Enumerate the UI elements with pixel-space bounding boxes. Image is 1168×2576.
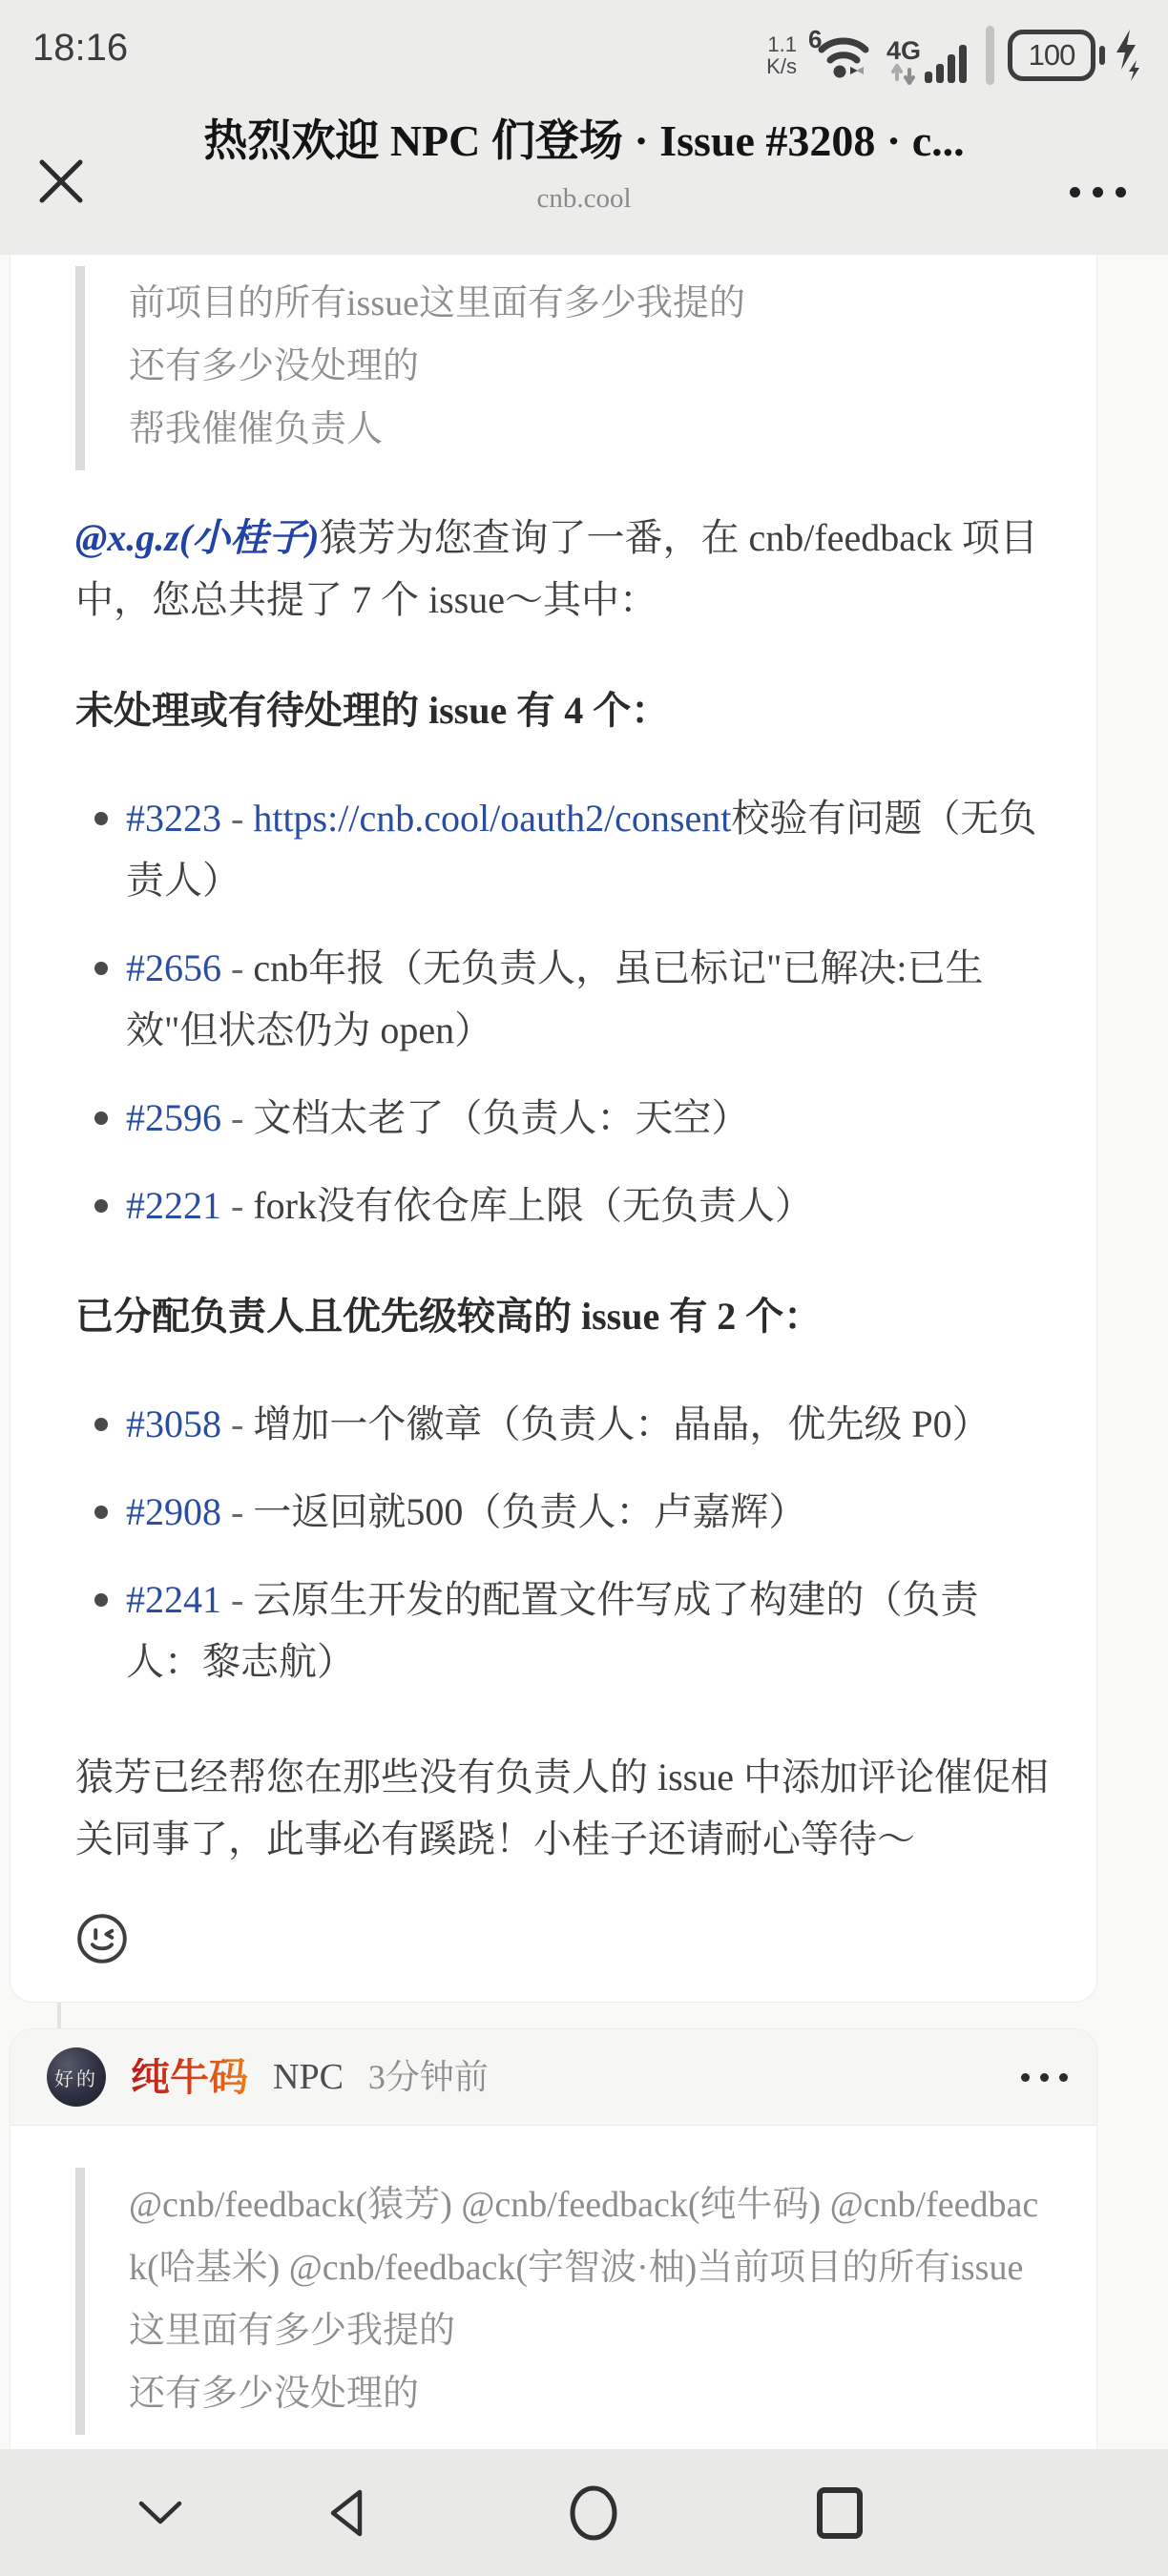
back-button[interactable] bbox=[325, 2488, 365, 2538]
charging-bolt-icon bbox=[1111, 28, 1143, 83]
issue-number-link[interactable]: #3223 bbox=[126, 797, 221, 840]
home-button[interactable] bbox=[568, 2484, 619, 2542]
browser-title-bar: 热烈欢迎 NPC 们登场 · Issue #3208 · c... cnb.co… bbox=[0, 105, 1168, 255]
issue-number-link[interactable]: #2241 bbox=[126, 1578, 221, 1621]
battery-percent: 100 bbox=[1029, 38, 1075, 73]
clock: 18:16 bbox=[32, 27, 128, 70]
issue-list-item: #3223 - https://cnb.cool/oauth2/consent校… bbox=[126, 787, 1053, 911]
npc-badge: NPC bbox=[273, 2059, 344, 2095]
top-chrome: 18:16 1.1 K/s 6 bbox=[0, 0, 1168, 255]
issue-url-link[interactable]: https://cnb.cool/oauth2/consent bbox=[253, 797, 731, 840]
more-dot bbox=[1040, 2073, 1049, 2082]
issue-description: 云原生开发的配置文件写成了构建的（负责人：黎志航） bbox=[126, 1578, 978, 1683]
network-speed-value: 1.1 bbox=[767, 33, 797, 55]
issue-description: 增加一个徽章（负责人：晶晶，优先级 P0） bbox=[253, 1402, 990, 1445]
more-dot bbox=[1116, 187, 1126, 197]
android-nav-bar bbox=[0, 2449, 1168, 2576]
recents-square-icon bbox=[815, 2485, 865, 2541]
chevron-down-icon bbox=[137, 2500, 183, 2526]
status-icons: 1.1 K/s 6 4G bbox=[766, 17, 1143, 93]
issue-number-link[interactable]: #2596 bbox=[126, 1096, 221, 1139]
section-title-pending: 未处理或有待处理的 issue 有 4 个： bbox=[75, 680, 1053, 741]
comment-card-npc: 好的 纯牛码 NPC 3分钟前 @cnb/feedback(猿芳) @cnb/f… bbox=[10, 2028, 1097, 2449]
back-triangle-icon bbox=[325, 2488, 365, 2538]
more-dot bbox=[1093, 187, 1103, 197]
wifi6-label: 6 bbox=[808, 25, 822, 54]
wifi-icon: 6 bbox=[810, 29, 873, 82]
more-dot bbox=[1070, 187, 1080, 197]
close-button[interactable] bbox=[34, 155, 88, 208]
home-circle-icon bbox=[568, 2484, 619, 2542]
page-title: 热烈欢迎 NPC 们登场 · Issue #3208 · c... bbox=[124, 113, 1044, 170]
reply-intro-paragraph: @x.g.z(小桂子)猿芳为您查询了一番，在 cnb/feedback 项目中，… bbox=[75, 507, 1053, 631]
add-reaction-button[interactable] bbox=[75, 1912, 129, 1965]
quote-line: 帮我催催负责人 bbox=[129, 398, 1053, 461]
quoted-text-block: @cnb/feedback(猿芳) @cnb/feedback(纯牛码) @cn… bbox=[75, 2168, 1053, 2435]
battery-nub bbox=[1099, 46, 1105, 65]
user-mention-link[interactable]: @x.g.z(小桂子) bbox=[75, 516, 320, 559]
comment-thread-connector bbox=[57, 2003, 61, 2028]
quote-paragraph: 还有多少没处理的 bbox=[129, 2362, 1053, 2425]
cellular-signal-icon: 4G bbox=[886, 26, 994, 85]
comment-body: @cnb/feedback(猿芳) @cnb/feedback(纯牛码) @cn… bbox=[10, 2126, 1096, 2449]
more-menu-button[interactable] bbox=[1070, 187, 1126, 197]
comment-header: 好的 纯牛码 NPC 3分钟前 bbox=[10, 2029, 1096, 2126]
comment-card-bot-reply: 前项目的所有issue这里面有多少我提的 还有多少没处理的 帮我催催负责人 @x… bbox=[10, 255, 1097, 2003]
issue-description: 文档太老了（负责人：天空） bbox=[253, 1096, 749, 1139]
hide-navbar-button[interactable] bbox=[137, 2500, 183, 2526]
issue-list-item: #2241 - 云原生开发的配置文件写成了构建的（负责人：黎志航） bbox=[126, 1568, 1053, 1693]
issue-list-item: #2221 - fork没有依仓库上限（无负责人） bbox=[126, 1174, 1053, 1236]
quoted-text-block: 前项目的所有issue这里面有多少我提的 还有多少没处理的 帮我催催负责人 bbox=[75, 266, 1053, 470]
wink-smiley-icon bbox=[75, 1912, 129, 1965]
issue-number-link[interactable]: #2656 bbox=[126, 946, 221, 989]
battery-icon: 100 bbox=[1008, 28, 1143, 83]
recents-button[interactable] bbox=[815, 2485, 865, 2541]
more-dot bbox=[1021, 2073, 1030, 2082]
avatar[interactable]: 好的 bbox=[47, 2047, 106, 2107]
network-type-label: 4G bbox=[886, 38, 921, 64]
pending-issue-list: #3223 - https://cnb.cool/oauth2/consent校… bbox=[75, 787, 1053, 1236]
issue-list-item: #2656 - cnb年报（无负责人，虽已标记"已解决:已生效"但状态仍为 op… bbox=[126, 937, 1053, 1061]
signal-bars bbox=[925, 30, 978, 85]
phone-screen: 18:16 1.1 K/s 6 bbox=[0, 0, 1168, 2576]
page-content[interactable]: 前项目的所有issue这里面有多少我提的 还有多少没处理的 帮我催催负责人 @x… bbox=[0, 255, 1168, 2449]
issue-description: fork没有依仓库上限（无负责人） bbox=[253, 1184, 813, 1227]
sim2-signal-bar bbox=[986, 26, 994, 85]
comment-more-button[interactable] bbox=[1021, 2073, 1068, 2082]
network-speed: 1.1 K/s bbox=[766, 33, 797, 77]
comment-timestamp: 3分钟前 bbox=[368, 2060, 489, 2094]
assigned-issue-list: #3058 - 增加一个徽章（负责人：晶晶，优先级 P0） #2908 - 一返… bbox=[75, 1393, 1053, 1693]
closing-paragraph: 猿芳已经帮您在那些没有负责人的 issue 中添加评论催促相关同事了，此事必有蹊… bbox=[75, 1746, 1053, 1870]
issue-description: 一返回就500（负责人：卢嘉辉） bbox=[253, 1490, 806, 1533]
site-domain: cnb.cool bbox=[124, 183, 1044, 215]
quote-line: 前项目的所有issue这里面有多少我提的 bbox=[129, 272, 1053, 335]
comment-author-name[interactable]: 纯牛码 bbox=[131, 2058, 248, 2097]
section-title-assigned: 已分配负责人且优先级较高的 issue 有 2 个： bbox=[75, 1286, 1053, 1347]
more-dot bbox=[1059, 2073, 1068, 2082]
issue-list-item: #2908 - 一返回就500（负责人：卢嘉辉） bbox=[126, 1481, 1053, 1543]
issue-number-link[interactable]: #2221 bbox=[126, 1184, 221, 1227]
issue-number-link[interactable]: #3058 bbox=[126, 1402, 221, 1445]
quote-line: 还有多少没处理的 bbox=[129, 335, 1053, 398]
network-speed-unit: K/s bbox=[766, 55, 797, 77]
quote-paragraph: @cnb/feedback(猿芳) @cnb/feedback(纯牛码) @cn… bbox=[129, 2173, 1053, 2362]
status-bar: 18:16 1.1 K/s 6 bbox=[0, 0, 1168, 105]
issue-list-item: #2596 - 文档太老了（负责人：天空） bbox=[126, 1087, 1053, 1149]
issue-list-item: #3058 - 增加一个徽章（负责人：晶晶，优先级 P0） bbox=[126, 1393, 1053, 1455]
close-icon bbox=[34, 155, 88, 208]
issue-number-link[interactable]: #2908 bbox=[126, 1490, 221, 1533]
avatar-text: 好的 bbox=[54, 2064, 98, 2091]
issue-description: cnb年报（无负责人，虽已标记"已解决:已生效"但状态仍为 open） bbox=[126, 946, 984, 1051]
